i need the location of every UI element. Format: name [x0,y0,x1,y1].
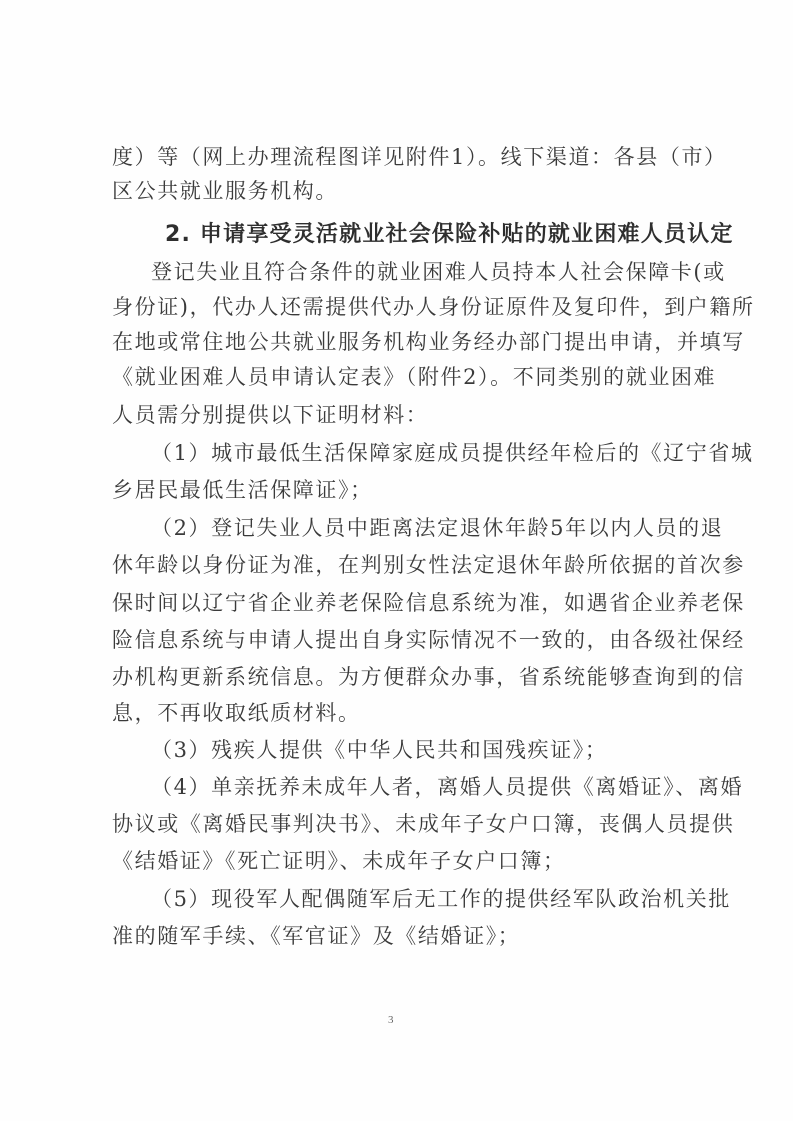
paragraph-line: 乡居民最低生活保障证》； [112,472,692,508]
paragraph-line: 协议或《离婚民事判决书》、未成年子女户口簿，丧偶人员提供 [112,806,692,842]
paragraph-line: 办机构更新系统信息。为方便群众办事，省系统能够查询到的信 [112,659,692,695]
paragraph-line: 人员需分别提供以下证明材料： [112,397,692,433]
document-page: 度）等（网上办理流程图详见附件1）。线下渠道：各县（市） 区公共就业服务机构。 … [0,0,793,1121]
page-number: 3 [388,1014,394,1026]
paragraph-line: 身份证)，代办人还需提供代办人身份证原件及复印件，到户籍所 [112,289,692,325]
list-item-5: （5）现役军人配偶随军后无工作的提供经军队政治机关批 [151,881,692,917]
list-item-3: （3）残疾人提供《中华人民共和国残疾证》； [151,732,692,768]
list-item-2: （2）登记失业人员中距离法定退休年龄5年以内人员的退 [151,510,692,546]
paragraph-line: 准的随军手续、《军官证》及《结婚证》； [112,918,692,954]
paragraph-line: 《就业困难人员申请认定表》（附件2）。不同类别的就业困难 [112,359,692,395]
paragraph-line: 区公共就业服务机构。 [112,173,692,209]
paragraph-line: 休年龄以身份证为准，在判别女性法定退休年龄所依据的首次参 [112,547,692,583]
paragraph-line: 息，不再收取纸质材料。 [112,695,692,731]
paragraph-line: 《结婚证》《死亡证明》、未成年子女户口簿； [112,843,692,879]
paragraph-line: 登记失业且符合条件的就业困难人员持本人社会保障卡(或 [151,254,692,290]
list-item-4: （4）单亲抚养未成年人者，离婚人员提供《离婚证》、离婚 [151,769,692,805]
paragraph-line: 在地或常住地公共就业服务机构业务经办部门提出申请，并填写 [112,324,692,360]
paragraph-line: 保时间以辽宁省企业养老保险信息系统为准，如遇省企业养老保 [112,585,692,621]
paragraph-line: 险信息系统与申请人提出自身实际情况不一致的，由各级社保经 [112,622,692,658]
section-heading: 2. 申请享受灵活就业社会保险补贴的就业困难人员认定 [165,217,695,253]
list-item-1: （1）城市最低生活保障家庭成员提供经年检后的《辽宁省城 [151,435,692,471]
paragraph-line: 度）等（网上办理流程图详见附件1）。线下渠道：各县（市） [112,139,692,175]
